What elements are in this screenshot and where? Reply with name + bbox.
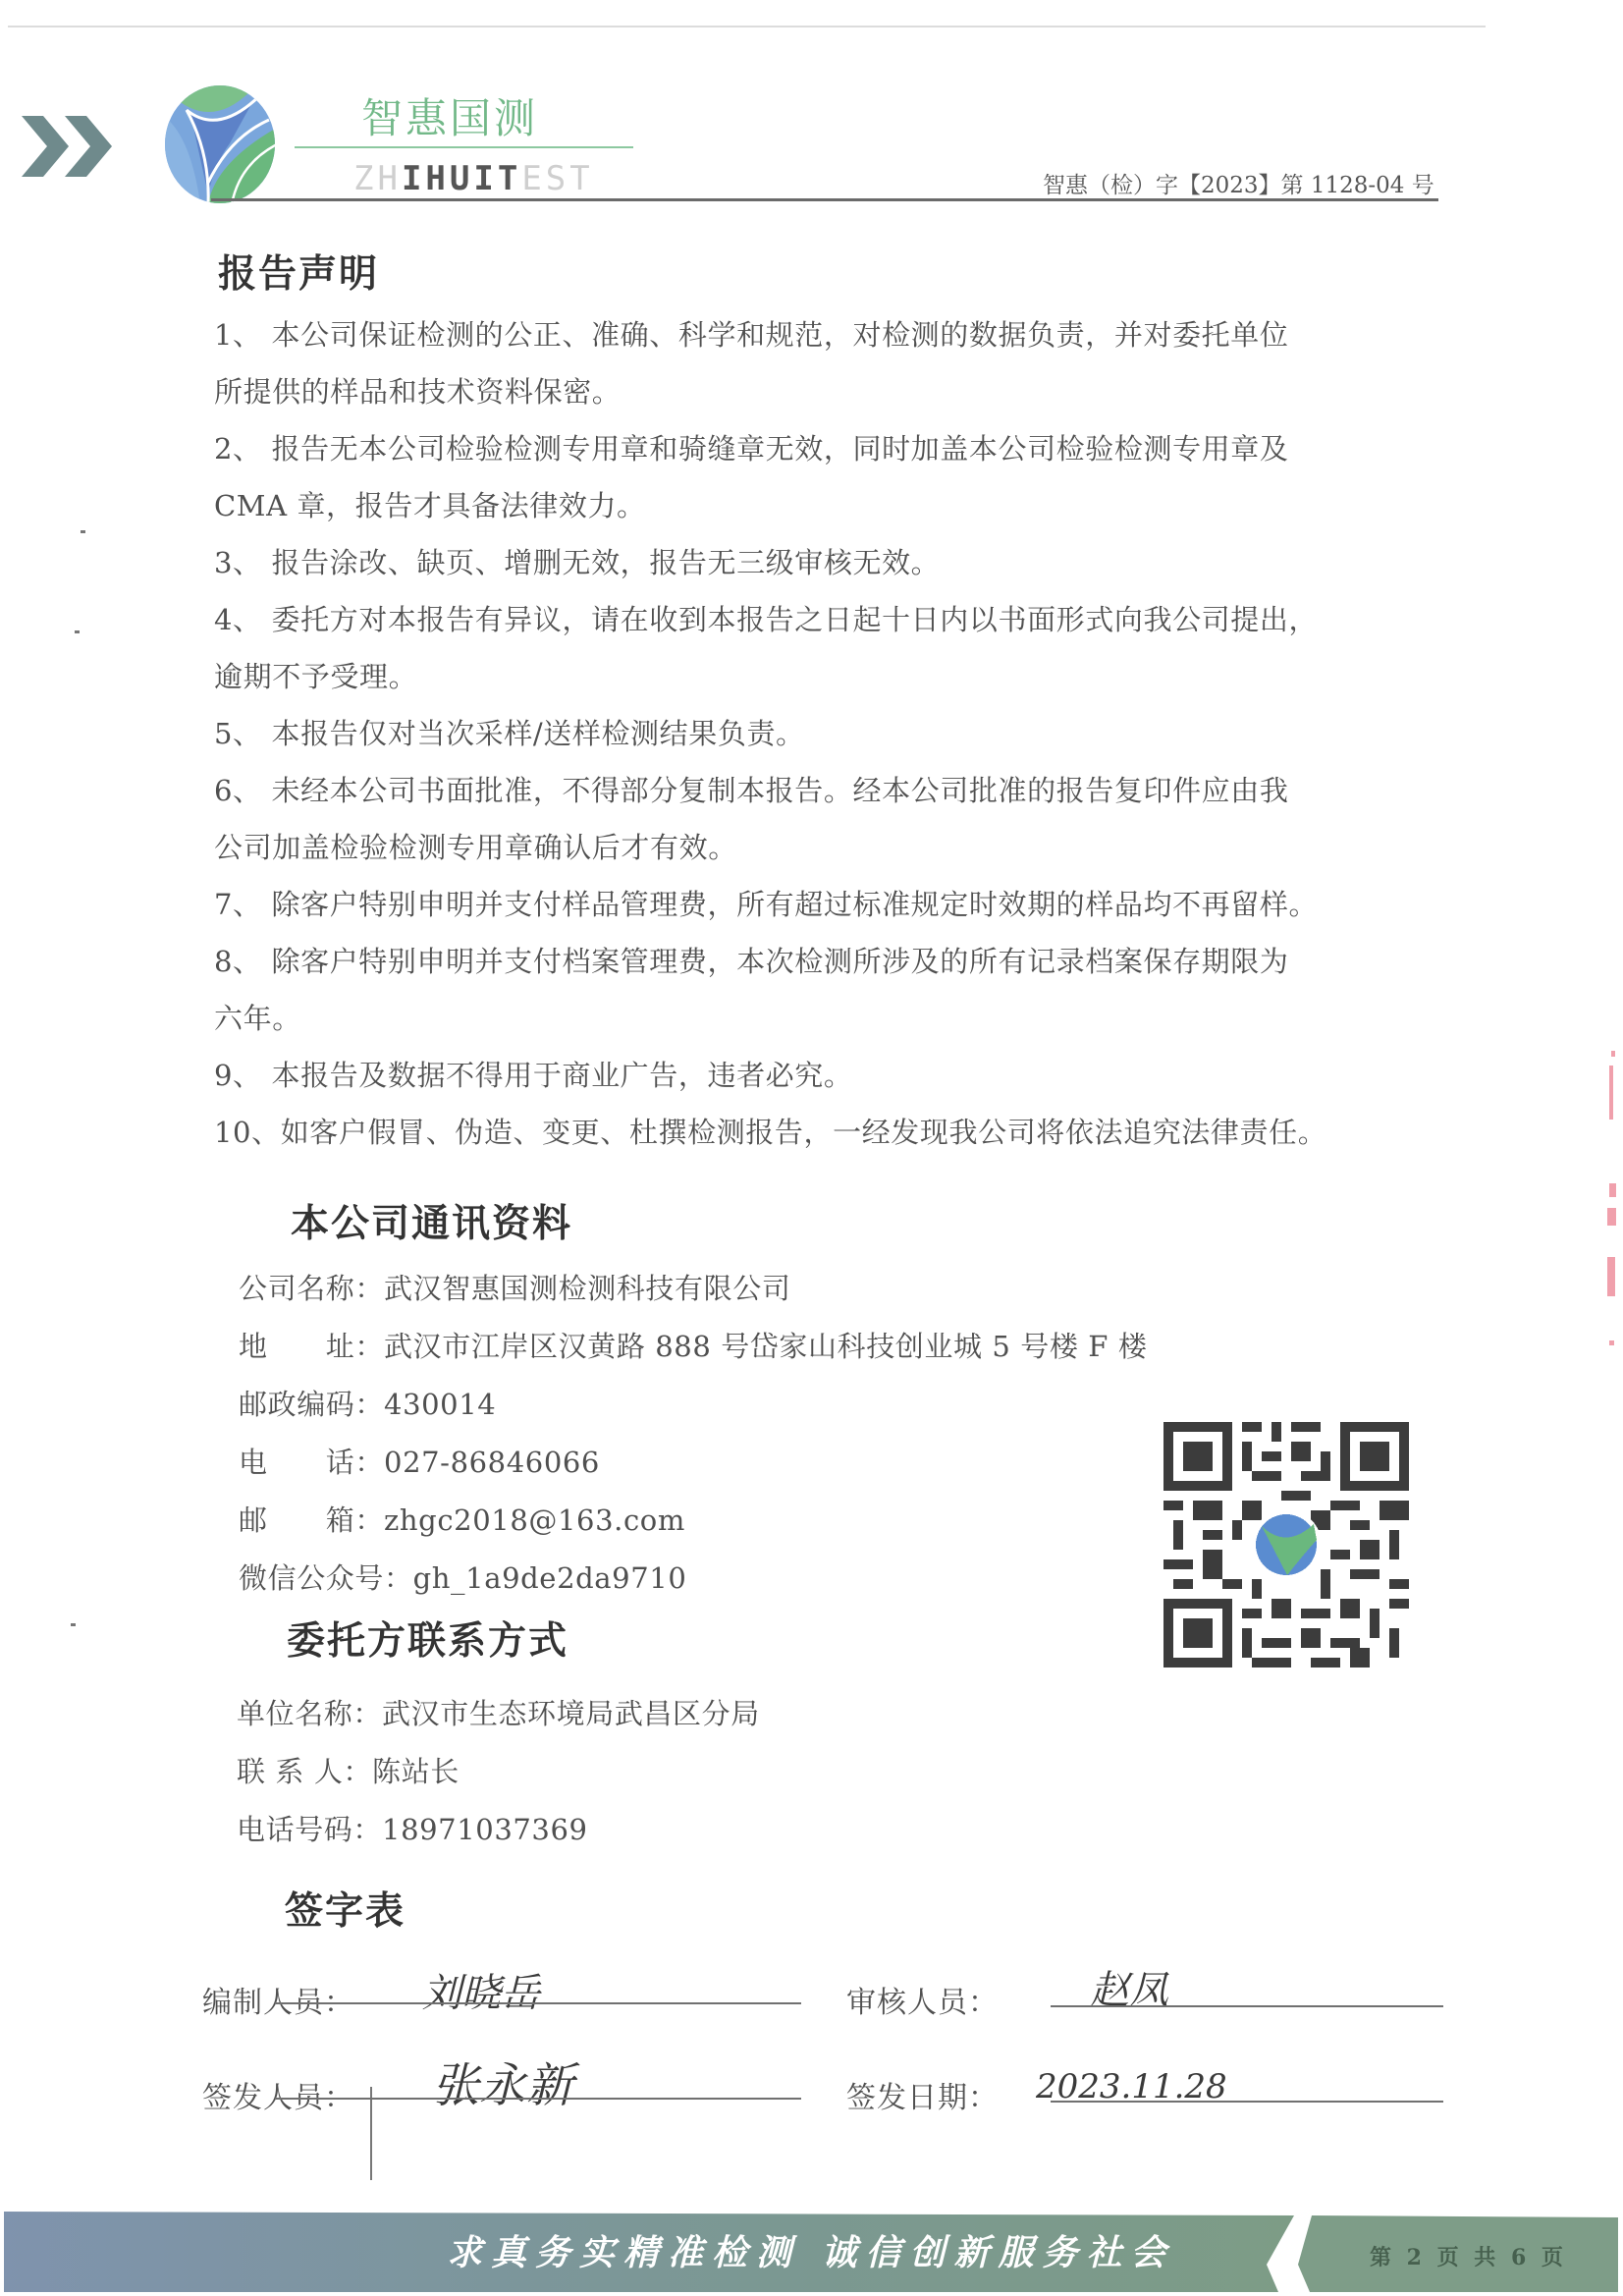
page-number: 第 2 页 共 6 页 [1370,2241,1567,2271]
field-label: 邮政编码： [239,1383,384,1423]
field-value: 027-86846066 [384,1446,600,1479]
brand-en-part: ZH [353,159,402,198]
client-phone-row: 电话号码：18971037369 [237,1808,588,1848]
issue-date-label: 签发日期： [846,2073,999,2116]
scan-mark [75,630,80,633]
declaration-line: 1、 本公司保证检测的公正、准确、科学和规范，对检测的数据负责，并对委托单位 [214,306,1451,363]
field-label: 电话号码： [237,1808,382,1848]
scan-mark [71,1623,76,1626]
field-value: 武汉智惠国测检测科技有限公司 [384,1272,790,1305]
field-value: 430014 [384,1388,496,1421]
field-value: 武汉市生态环境局武昌区分局 [382,1697,760,1730]
declaration-title: 报告声明 [218,244,379,299]
declaration-line: 4、 委托方对本报告有异议，请在收到本报告之日起十日内以书面形式向我公司提出， [214,591,1451,648]
declaration-line: 7、 除客户特别申明并支付样品管理费，所有超过标准规定时效期的样品均不再留样。 [214,876,1451,933]
brand-en-part: EST [521,159,593,198]
company-wechat-row: 微信公众号：gh_1a9de2da9710 [239,1557,686,1597]
declaration-line: 10、如客户假冒、伪造、变更、杜撰检测报告，一经发现我公司将依法追究法律责任。 [214,1104,1451,1161]
compiler-signature: 刘晓岳 [422,1962,540,2018]
field-value: gh_1a9de2da9710 [413,1561,687,1595]
declaration-line: 公司加盖检验检测专用章确认后才有效。 [214,819,1451,876]
reviewer-label: 审核人员： [846,1978,999,2021]
declaration-line: 5、 本报告仅对当次采样/送样检测结果负责。 [214,705,1451,762]
company-email-row: 邮 箱：zhgc2018@163.com [239,1499,685,1539]
issuer-signature-line [275,2098,801,2100]
brand-name-en: ZHIHUITEST [353,159,594,198]
brand-name-cn: 智惠国测 [361,86,538,145]
field-value: zhgc2018@163.com [384,1503,685,1537]
company-postcode-row: 邮政编码：430014 [239,1383,496,1423]
compiler-signature-line [275,2002,801,2004]
issuer-label: 签发人员： [202,2073,354,2116]
report-number: 智惠（检）字【2023】第 1128-04 号 [1043,167,1434,199]
declaration-line: 9、 本报告及数据不得用于商业广告，违者必究。 [214,1047,1451,1104]
declaration-line: 3、 报告涂改、缺页、增删无效，报告无三级审核无效。 [214,534,1451,591]
client-contact-person-row: 联 系 人：陈站长 [237,1750,460,1790]
declaration-line: 所提供的样品和技术资料保密。 [214,363,1451,420]
company-logo-icon [161,84,279,204]
declaration-list: 1、 本公司保证检测的公正、准确、科学和规范，对检测的数据负责，并对委托单位 所… [214,306,1451,1161]
field-label: 邮 箱： [239,1499,384,1539]
field-label: 电 话： [239,1441,384,1481]
company-address-row: 地 址：武汉市江岸区汉黄路 888 号岱家山科技创业城 5 号楼 F 楼 [239,1325,1147,1365]
field-label: 地 址： [239,1325,384,1365]
field-label: 公司名称： [239,1267,384,1307]
field-value: 武汉市江岸区汉黄路 888 号岱家山科技创业城 5 号楼 F 楼 [384,1330,1147,1363]
client-contact-title: 委托方联系方式 [287,1611,568,1666]
company-phone-row: 电 话：027-86846066 [239,1441,600,1481]
field-value: 陈站长 [372,1755,460,1788]
issue-date-line [1051,2101,1443,2103]
scan-mark [81,530,85,533]
company-name-row: 公司名称：武汉智惠国测检测科技有限公司 [239,1267,790,1307]
brand-divider [295,146,633,148]
header-rule [211,198,1438,201]
field-value: 18971037369 [382,1813,588,1846]
declaration-line: 6、 未经本公司书面批准，不得部分复制本报告。经本公司批准的报告复印件应由我 [214,762,1451,819]
field-label: 微信公众号： [239,1557,413,1597]
company-contact-title: 本公司通讯资料 [291,1193,572,1248]
wechat-qr-code [1163,1422,1409,1667]
issuer-signature-stroke [370,2087,372,2180]
declaration-line: 六年。 [214,990,1451,1047]
field-label: 联 系 人： [237,1750,372,1790]
seam-stamp-fragment [1597,1041,1621,1365]
client-unit-row: 单位名称：武汉市生态环境局武昌区分局 [237,1692,760,1732]
field-label: 单位名称： [237,1692,382,1732]
declaration-line: 2、 报告无本公司检验检测专用章和骑缝章无效，同时加盖本公司检验检测专用章及 [214,420,1451,477]
declaration-line: CMA 章，报告才具备法律效力。 [214,477,1451,534]
reviewer-signature-line [1051,2005,1443,2007]
brand-en-part: IHUIT [402,159,521,198]
compiler-label: 编制人员： [202,1978,354,2021]
scan-edge-line [8,26,1486,27]
declaration-line: 逾期不予受理。 [214,648,1451,705]
declaration-line: 8、 除客户特别申明并支付档案管理费，本次检测所涉及的所有记录档案保存期限为 [214,933,1451,990]
footer-motto: 求真务实精准检测 诚信创新服务社会 [447,2225,1175,2275]
double-chevron-icon [22,116,120,177]
signature-table-title: 签字表 [285,1881,406,1936]
issuer-signature: 张永新 [432,2048,573,2115]
